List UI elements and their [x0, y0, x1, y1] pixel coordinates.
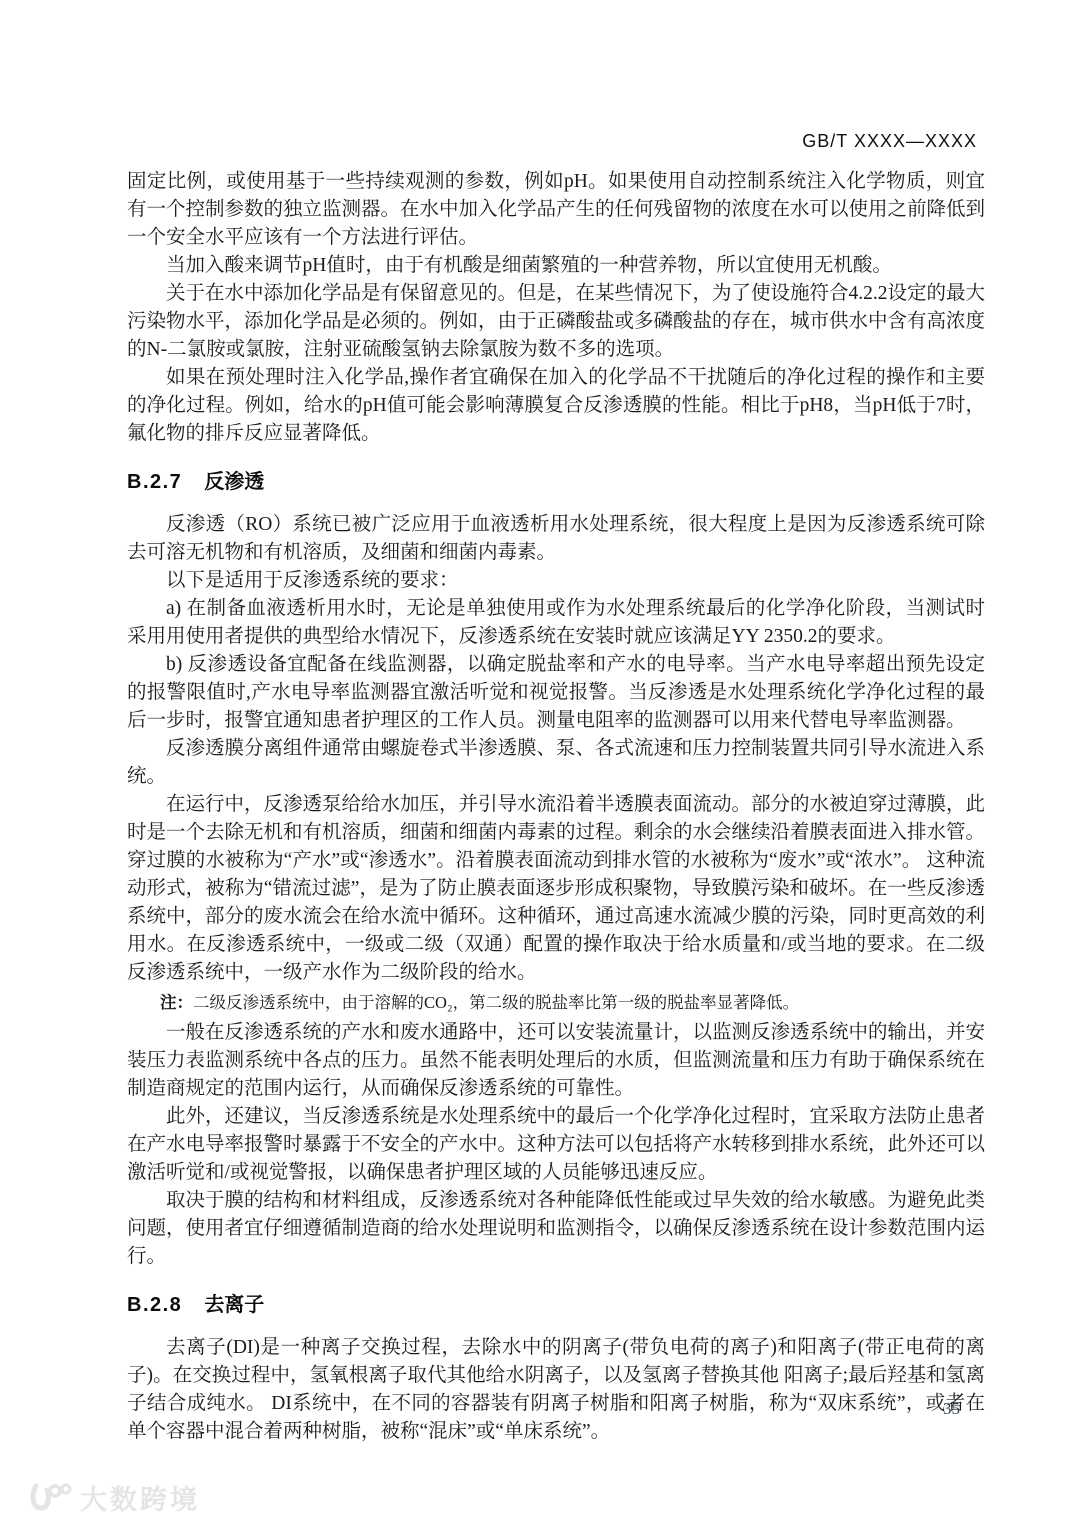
section-heading-b2-8: B.2.8去离子: [127, 1291, 985, 1319]
section-title: 去离子: [204, 1294, 264, 1316]
watermark: 大数跨境: [28, 1478, 200, 1517]
list-item-b: b) 反渗透设备宜配备在线监测器，以确定脱盐率和产水的电导率。当产水电导率超出预…: [127, 651, 985, 735]
document-page: GB/T XXXX—XXXX 固定比例，或使用基于一些持续观测的参数，例如pH。…: [0, 0, 1080, 1527]
paragraph: 在运行中，反渗透泵给给水加压，并引导水流沿着半透膜表面流动。部分的水被迫穿过薄膜…: [127, 791, 985, 987]
paragraph: 此外，还建议，当反渗透系统是水处理系统中的最后一个化学净化过程时，宜采取方法防止…: [127, 1103, 985, 1187]
paragraph: 取决于膜的结构和材料组成，反渗透系统对各种能降低性能或过早失效的给水敏感。为避免…: [127, 1187, 985, 1271]
note: 注：二级反渗透系统中，由于溶解的CO₂，第二级的脱盐率比第一级的脱盐率显著降低。: [127, 990, 985, 1016]
section-number: B.2.7: [127, 471, 182, 493]
paragraph: 一般在反渗透系统的产水和废水通路中，还可以安装流量计，以监测反渗透系统中的输出，…: [127, 1019, 985, 1103]
section-heading-b2-7: B.2.7反渗透: [127, 468, 985, 496]
note-text: 二级反渗透系统中，由于溶解的CO₂，第二级的脱盐率比第一级的脱盐率显著降低。: [193, 993, 799, 1012]
paragraph: 固定比例，或使用基于一些持续观测的参数，例如pH。如果使用自动控制系统注入化学物…: [127, 168, 985, 252]
document-body: 固定比例，或使用基于一些持续观测的参数，例如pH。如果使用自动控制系统注入化学物…: [127, 168, 985, 1446]
paragraph: 如果在预处理时注入化学品,操作者宜确保在加入的化学品不干扰随后的净化过程的操作和…: [127, 364, 985, 448]
note-label: 注：: [160, 993, 193, 1012]
page-number: 35: [943, 1399, 960, 1419]
section-number: B.2.8: [127, 1294, 182, 1316]
paragraph: 以下是适用于反渗透系统的要求：: [127, 567, 985, 595]
dashukuajing-logo-icon: [28, 1481, 72, 1515]
section-title: 反渗透: [204, 471, 264, 493]
paragraph: 当加入酸来调节pH值时，由于有机酸是细菌繁殖的一种营养物，所以宜使用无机酸。: [127, 252, 985, 280]
standard-number-header: GB/T XXXX—XXXX: [802, 131, 977, 152]
list-item-a: a) 在制备血液透析用水时，无论是单独使用或作为水处理系统最后的化学净化阶段，当…: [127, 595, 985, 651]
paragraph: 去离子(DI)是一种离子交换过程，去除水中的阴离子(带负电荷的离子)和阳离子(带…: [127, 1334, 985, 1446]
paragraph: 反渗透（RO）系统已被广泛应用于血液透析用水处理系统，很大程度上是因为反渗透系统…: [127, 511, 985, 567]
paragraph: 关于在水中添加化学品是有保留意见的。但是，在某些情况下，为了使设施符合4.2.2…: [127, 280, 985, 364]
paragraph: 反渗透膜分离组件通常由螺旋卷式半渗透膜、泵、各式流速和压力控制装置共同引导水流进…: [127, 735, 985, 791]
watermark-text: 大数跨境: [80, 1478, 200, 1517]
